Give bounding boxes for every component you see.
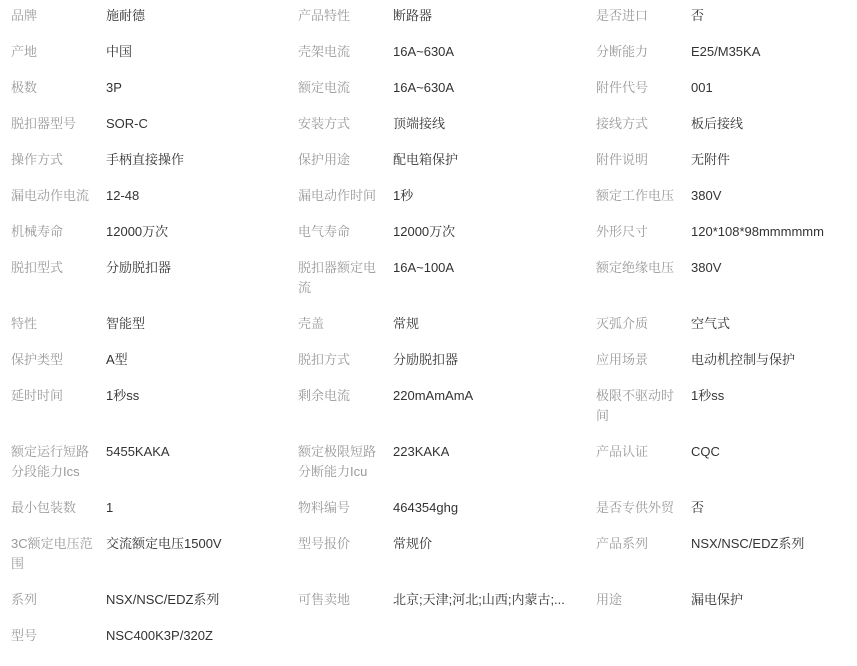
spec-value: A型 (106, 350, 128, 370)
spec-value: 北京;天津;河北;山西;内蒙古;... (393, 590, 565, 610)
spec-row: 额定运行短路分段能力Ics5455KAKA 额定极限短路分断能力Icu223KA… (0, 442, 857, 498)
spec-item: 附件代号001 (596, 78, 846, 98)
spec-value: 380V (691, 186, 721, 206)
spec-item: 用途漏电保护 (596, 590, 846, 610)
spec-value: 否 (691, 498, 704, 518)
spec-item: 保护用途配电箱保护 (298, 150, 596, 170)
spec-item: 系列NSX/NSC/EDZ系列 (0, 590, 298, 610)
spec-label: 分断能力 (596, 42, 680, 62)
spec-value: 3P (106, 78, 122, 98)
spec-value: 1 (106, 498, 113, 518)
spec-row: 极数3P 额定电流16A~630A 附件代号001 (0, 78, 857, 114)
spec-item: 极限不驱动时间1秒ss (596, 386, 846, 426)
spec-label: 安装方式 (298, 114, 382, 134)
spec-item: 额定工作电压380V (596, 186, 846, 206)
spec-label: 产品特性 (298, 6, 382, 26)
spec-value: 顶端接线 (393, 114, 445, 134)
spec-label: 额定电流 (298, 78, 382, 98)
spec-item: 额定运行短路分段能力Ics5455KAKA (0, 442, 298, 482)
spec-item: 产品特性断路器 (298, 6, 596, 26)
spec-value: 12000万次 (393, 222, 455, 242)
spec-label: 物料编号 (298, 498, 382, 518)
spec-item: 产地中国 (0, 42, 298, 62)
spec-item: 机械寿命12000万次 (0, 222, 298, 242)
spec-value: 无附件 (691, 150, 730, 170)
spec-value: 空气式 (691, 314, 730, 334)
spec-item: 额定电流16A~630A (298, 78, 596, 98)
spec-value: 分励脱扣器 (393, 350, 458, 370)
spec-row: 最小包装数1 物料编号464354ghg 是否专供外贸否 (0, 498, 857, 534)
spec-item: 极数3P (0, 78, 298, 98)
spec-value: 配电箱保护 (393, 150, 458, 170)
spec-label: 电气寿命 (298, 222, 382, 242)
spec-row: 操作方式手柄直接操作 保护用途配电箱保护 附件说明无附件 (0, 150, 857, 186)
spec-row: 脱扣型式分励脱扣器 脱扣器额定电流16A~100A 额定绝缘电压380V (0, 258, 857, 314)
spec-item: 是否专供外贸否 (596, 498, 846, 518)
product-spec-table: 品牌施耐德 产品特性断路器 是否进口否 产地中国 壳架电流16A~630A 分断… (0, 0, 857, 662)
spec-label: 外形尺寸 (596, 222, 680, 242)
spec-label: 脱扣方式 (298, 350, 382, 370)
spec-value: E25/M35KA (691, 42, 760, 62)
spec-item: 壳盖常规 (298, 314, 596, 334)
spec-label: 是否专供外贸 (596, 498, 680, 518)
spec-label: 产地 (11, 42, 95, 62)
spec-item: 漏电动作时间1秒 (298, 186, 596, 206)
spec-label: 额定工作电压 (596, 186, 680, 206)
spec-value: 漏电保护 (691, 590, 743, 610)
spec-value: 智能型 (106, 314, 145, 334)
spec-value: NSC400K3P/320Z (106, 626, 213, 646)
spec-value: 交流额定电压1500V (106, 534, 222, 554)
spec-value: 16A~630A (393, 42, 454, 62)
spec-row: 机械寿命12000万次 电气寿命12000万次 外形尺寸120*108*98mm… (0, 222, 857, 258)
spec-item: 品牌施耐德 (0, 6, 298, 26)
spec-value: NSX/NSC/EDZ系列 (106, 590, 219, 610)
spec-row: 延时时间1秒ss 剩余电流220mAmAmA 极限不驱动时间1秒ss (0, 386, 857, 442)
spec-label: 应用场景 (596, 350, 680, 370)
spec-label: 脱扣器型号 (11, 114, 95, 134)
spec-label: 接线方式 (596, 114, 680, 134)
spec-label: 附件说明 (596, 150, 680, 170)
spec-value: 中国 (106, 42, 132, 62)
spec-item: 型号NSC400K3P/320Z (0, 626, 298, 646)
spec-value: 380V (691, 258, 721, 278)
spec-value: 常规 (393, 314, 419, 334)
spec-value: 5455KAKA (106, 442, 170, 462)
spec-label: 漏电动作时间 (298, 186, 382, 206)
spec-row: 系列NSX/NSC/EDZ系列 可售卖地北京;天津;河北;山西;内蒙古;... … (0, 590, 857, 626)
spec-label: 产品认证 (596, 442, 680, 462)
spec-label: 剩余电流 (298, 386, 382, 406)
spec-label: 额定极限短路分断能力Icu (298, 442, 382, 482)
spec-item: 脱扣器额定电流16A~100A (298, 258, 596, 298)
spec-item: 附件说明无附件 (596, 150, 846, 170)
spec-row: 品牌施耐德 产品特性断路器 是否进口否 (0, 6, 857, 42)
spec-value: SOR-C (106, 114, 148, 134)
spec-row: 产地中国 壳架电流16A~630A 分断能力E25/M35KA (0, 42, 857, 78)
spec-row: 型号NSC400K3P/320Z (0, 626, 857, 662)
spec-item: 延时时间1秒ss (0, 386, 298, 406)
spec-value: 464354ghg (393, 498, 458, 518)
spec-item: 产品系列NSX/NSC/EDZ系列 (596, 534, 846, 554)
spec-value: 1秒ss (106, 386, 139, 406)
spec-item: 壳架电流16A~630A (298, 42, 596, 62)
spec-value: 120*108*98mmmmmm (691, 222, 824, 242)
spec-label: 品牌 (11, 6, 95, 26)
spec-label: 灭弧介质 (596, 314, 680, 334)
spec-label: 延时时间 (11, 386, 95, 406)
spec-item: 最小包装数1 (0, 498, 298, 518)
spec-label: 额定绝缘电压 (596, 258, 680, 278)
spec-value: 223KAKA (393, 442, 449, 462)
spec-label: 操作方式 (11, 150, 95, 170)
spec-value: 001 (691, 78, 713, 98)
spec-label: 产品系列 (596, 534, 680, 554)
spec-value: 常规价 (393, 534, 432, 554)
spec-item: 可售卖地北京;天津;河北;山西;内蒙古;... (298, 590, 596, 610)
spec-item: 安装方式顶端接线 (298, 114, 596, 134)
spec-item: 脱扣器型号SOR-C (0, 114, 298, 134)
spec-label: 系列 (11, 590, 95, 610)
spec-value: 施耐德 (106, 6, 145, 26)
spec-item: 接线方式板后接线 (596, 114, 846, 134)
spec-label: 保护用途 (298, 150, 382, 170)
spec-item: 额定绝缘电压380V (596, 258, 846, 278)
spec-value: 否 (691, 6, 704, 26)
spec-value: 手柄直接操作 (106, 150, 184, 170)
spec-item: 操作方式手柄直接操作 (0, 150, 298, 170)
spec-item: 分断能力E25/M35KA (596, 42, 846, 62)
spec-row: 脱扣器型号SOR-C 安装方式顶端接线 接线方式板后接线 (0, 114, 857, 150)
spec-value: 16A~100A (393, 258, 454, 278)
spec-item: 外形尺寸120*108*98mmmmmm (596, 222, 846, 242)
spec-label: 最小包装数 (11, 498, 95, 518)
spec-label: 极数 (11, 78, 95, 98)
spec-item: 产品认证CQC (596, 442, 846, 462)
spec-label: 漏电动作电流 (11, 186, 95, 206)
spec-value: 220mAmAmA (393, 386, 473, 406)
spec-item: 漏电动作电流12-48 (0, 186, 298, 206)
spec-label: 脱扣型式 (11, 258, 95, 278)
spec-label: 保护类型 (11, 350, 95, 370)
spec-item: 额定极限短路分断能力Icu223KAKA (298, 442, 596, 482)
spec-label: 壳盖 (298, 314, 382, 334)
spec-label: 是否进口 (596, 6, 680, 26)
spec-label: 型号报价 (298, 534, 382, 554)
spec-item: 是否进口否 (596, 6, 846, 26)
spec-item: 剩余电流220mAmAmA (298, 386, 596, 406)
spec-label: 附件代号 (596, 78, 680, 98)
spec-label: 脱扣器额定电流 (298, 258, 382, 298)
spec-label: 额定运行短路分段能力Ics (11, 442, 95, 482)
spec-label: 壳架电流 (298, 42, 382, 62)
spec-label: 型号 (11, 626, 95, 646)
spec-row: 保护类型A型 脱扣方式分励脱扣器 应用场景电动机控制与保护 (0, 350, 857, 386)
spec-label: 机械寿命 (11, 222, 95, 242)
spec-value: 16A~630A (393, 78, 454, 98)
spec-item: 特性智能型 (0, 314, 298, 334)
spec-value: 12-48 (106, 186, 139, 206)
spec-item: 3C额定电压范围交流额定电压1500V (0, 534, 298, 574)
spec-value: 1秒 (393, 186, 413, 206)
spec-item: 脱扣型式分励脱扣器 (0, 258, 298, 278)
spec-value: 12000万次 (106, 222, 168, 242)
spec-row: 漏电动作电流12-48 漏电动作时间1秒 额定工作电压380V (0, 186, 857, 222)
spec-row: 3C额定电压范围交流额定电压1500V 型号报价常规价 产品系列NSX/NSC/… (0, 534, 857, 590)
spec-value: 板后接线 (691, 114, 743, 134)
spec-item: 物料编号464354ghg (298, 498, 596, 518)
spec-value: CQC (691, 442, 720, 462)
spec-value: 电动机控制与保护 (691, 350, 795, 370)
spec-label: 用途 (596, 590, 680, 610)
spec-item: 脱扣方式分励脱扣器 (298, 350, 596, 370)
spec-item: 型号报价常规价 (298, 534, 596, 554)
spec-label: 3C额定电压范围 (11, 534, 95, 574)
spec-label: 可售卖地 (298, 590, 382, 610)
spec-value: 断路器 (393, 6, 432, 26)
spec-item: 电气寿命12000万次 (298, 222, 596, 242)
spec-value: 分励脱扣器 (106, 258, 171, 278)
spec-item: 应用场景电动机控制与保护 (596, 350, 846, 370)
spec-value: NSX/NSC/EDZ系列 (691, 534, 804, 554)
spec-item: 保护类型A型 (0, 350, 298, 370)
spec-item: 灭弧介质空气式 (596, 314, 846, 334)
spec-label: 特性 (11, 314, 95, 334)
spec-label: 极限不驱动时间 (596, 386, 680, 426)
spec-value: 1秒ss (691, 386, 724, 406)
spec-row: 特性智能型 壳盖常规 灭弧介质空气式 (0, 314, 857, 350)
